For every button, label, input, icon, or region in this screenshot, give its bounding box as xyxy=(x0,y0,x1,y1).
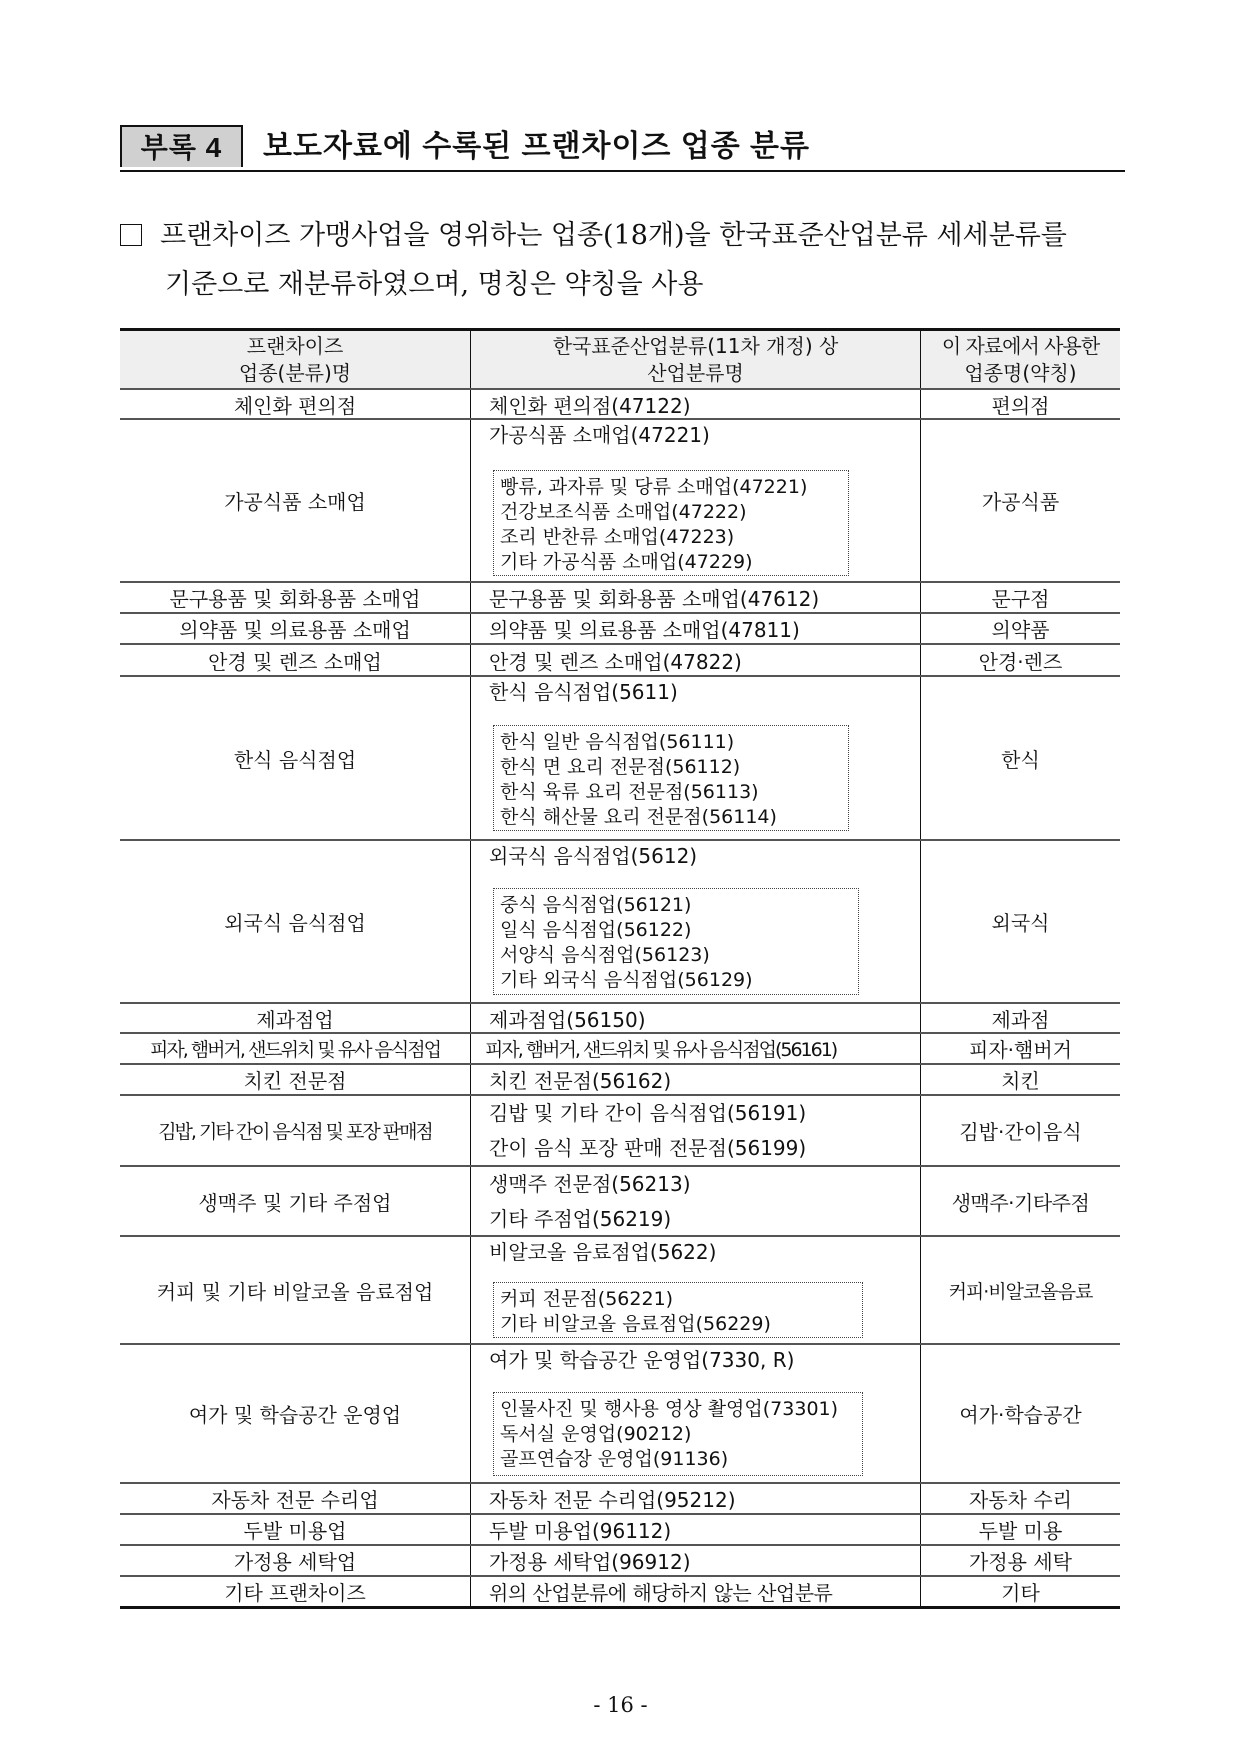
table-row: 치킨 전문점 치킨 전문점(56162) 치킨 xyxy=(120,1065,1120,1096)
table-row: 체인화 편의점 체인화 편의점(47122) 편의점 xyxy=(120,390,1120,420)
category-cell: 자동차 전문 수리업 xyxy=(120,1484,470,1513)
header-text: 이 자료에서 사용한 xyxy=(942,333,1099,360)
ksic-subcategory-box: 빵류, 과자류 및 당류 소매업(47221) 건강보조식품 소매업(47222… xyxy=(493,470,849,576)
abbr-text: 커피·비알코올음료 xyxy=(949,1277,1093,1304)
abbr-text: 생맥주·기타주점 xyxy=(952,1187,1090,1216)
header-col-ksic: 한국표준산업분류(11차 개정) 상산업분류명 xyxy=(470,331,920,388)
abbr-cell: 커피·비알코올음료 xyxy=(920,1237,1120,1343)
ksic-cell: 한식 음식점업(5611) 한식 일반 음식점업(56111) 한식 면 요리 … xyxy=(470,677,920,839)
page-number: - 16 - xyxy=(0,1693,1241,1717)
ksic-subcategory-box: 중식 음식점업(56121) 일식 음식점업(56122) 서양식 음식점업(5… xyxy=(493,888,859,995)
ksic-main: 비알코올 음료점업(5622) xyxy=(489,1237,920,1267)
ksic-sub-item: 조리 반찬류 소매업(47223) xyxy=(500,525,848,550)
ksic-cell: 위의 산업분류에 해당하지 않는 산업분류 xyxy=(470,1577,920,1606)
category-text: 김밥, 기타 간이 음식점 및 포장 판매점 xyxy=(158,1117,432,1144)
header-text: 산업분류명 xyxy=(553,360,839,387)
ksic-main: 외국식 음식점업(5612) xyxy=(489,841,920,871)
table-row: 두발 미용업 두발 미용업(96112) 두발 미용 xyxy=(120,1515,1120,1546)
header-text: 업종명(약칭) xyxy=(942,360,1099,387)
section-title: 부록 4 보도자료에 수록된 프랜차이즈 업종 분류 xyxy=(120,125,1125,172)
category-cell: 두발 미용업 xyxy=(120,1515,470,1544)
ksic-cell: 의약품 및 의료용품 소매업(47811) xyxy=(470,614,920,643)
ksic-subcategory-box: 인물사진 및 행사용 영상 촬영업(73301) 독서실 운영업(90212) … xyxy=(493,1392,863,1476)
ksic-main: 여가 및 학습공간 운영업(7330, R) xyxy=(489,1345,920,1375)
category-text: 피자, 햄버거, 샌드위치 및 유사 음식점업 xyxy=(150,1035,440,1062)
ksic-cell: 안경 및 렌즈 소매업(47822) xyxy=(470,645,920,675)
abbr-cell: 김밥·간이음식 xyxy=(920,1096,1120,1165)
table-row: 피자, 햄버거, 샌드위치 및 유사 음식점업 피자, 햄버거, 샌드위치 및 … xyxy=(120,1034,1120,1065)
ksic-line: 김밥 및 기타 간이 음식점업(56191) xyxy=(489,1096,920,1131)
abbr-cell: 외국식 xyxy=(920,841,1120,1002)
table-row: 외국식 음식점업 외국식 음식점업(5612) 중식 음식점업(56121) 일… xyxy=(120,841,1120,1004)
abbr-cell: 여가·학습공간 xyxy=(920,1345,1120,1482)
abbr-cell: 문구점 xyxy=(920,583,1120,612)
ksic-sub-item: 한식 면 요리 전문점(56112) xyxy=(500,755,848,780)
header-col-category: 프랜차이즈업종(분류)명 xyxy=(120,331,470,388)
category-cell: 의약품 및 의료용품 소매업 xyxy=(120,614,470,643)
ksic-cell: 가정용 세탁업(96912) xyxy=(470,1546,920,1575)
table-row: 안경 및 렌즈 소매업 안경 및 렌즈 소매업(47822) 안경·렌즈 xyxy=(120,645,1120,677)
abbr-cell: 피자·햄버거 xyxy=(920,1034,1120,1063)
table-row: 자동차 전문 수리업 자동차 전문 수리업(95212) 자동차 수리 xyxy=(120,1484,1120,1515)
ksic-cell: 체인화 편의점(47122) xyxy=(470,390,920,418)
ksic-sub-item: 서양식 음식점업(56123) xyxy=(500,943,858,968)
ksic-sub-item: 기타 가공식품 소매업(47229) xyxy=(500,550,848,575)
ksic-sub-item: 일식 음식점업(56122) xyxy=(500,918,858,943)
ksic-subcategory-box: 한식 일반 음식점업(56111) 한식 면 요리 전문점(56112) 한식 … xyxy=(493,725,849,831)
ksic-sub-item: 건강보조식품 소매업(47222) xyxy=(500,500,848,525)
ksic-text: 위의 산업분류에 해당하지 않는 산업분류 xyxy=(489,1577,832,1606)
ksic-sub-item: 한식 해산물 요리 전문점(56114) xyxy=(500,805,848,830)
category-cell: 안경 및 렌즈 소매업 xyxy=(120,645,470,675)
ksic-cell: 문구용품 및 회화용품 소매업(47612) xyxy=(470,583,920,612)
table-row: 기타 프랜차이즈 위의 산업분류에 해당하지 않는 산업분류 기타 xyxy=(120,1577,1120,1609)
table-row: 가정용 세탁업 가정용 세탁업(96912) 가정용 세탁 xyxy=(120,1546,1120,1577)
ksic-subcategory-box: 커피 전문점(56221) 기타 비알코올 음료점업(56229) xyxy=(493,1282,863,1338)
appendix-badge: 부록 4 xyxy=(120,125,243,167)
intro-paragraph-line-1: 프랜차이즈 가맹사업을 영위하는 업종(18개)을 한국표준산업분류 세세분류를 xyxy=(120,213,1067,252)
ksic-cell: 비알코올 음료점업(5622) 커피 전문점(56221) 기타 비알코올 음료… xyxy=(470,1237,920,1343)
category-cell: 생맥주 및 기타 주점업 xyxy=(120,1167,470,1235)
category-cell: 여가 및 학습공간 운영업 xyxy=(120,1345,470,1482)
ksic-cell: 제과점업(56150) xyxy=(470,1004,920,1032)
abbr-cell: 제과점 xyxy=(920,1004,1120,1032)
category-cell: 외국식 음식점업 xyxy=(120,841,470,1002)
ksic-cell: 자동차 전문 수리업(95212) xyxy=(470,1484,920,1513)
ksic-cell: 피자, 햄버거, 샌드위치 및 유사 음식점업(56161) xyxy=(470,1034,920,1063)
ksic-sub-item: 기타 비알코올 음료점업(56229) xyxy=(500,1312,862,1337)
ksic-cell: 두발 미용업(96112) xyxy=(470,1515,920,1544)
header-text: 업종(분류)명 xyxy=(239,360,351,387)
category-cell: 한식 음식점업 xyxy=(120,677,470,839)
ksic-cell: 외국식 음식점업(5612) 중식 음식점업(56121) 일식 음식점업(56… xyxy=(470,841,920,1002)
ksic-cell: 생맥주 전문점(56213) 기타 주점업(56219) xyxy=(470,1167,920,1235)
table-header-row: 프랜차이즈업종(분류)명 한국표준산업분류(11차 개정) 상산업분류명 이 자… xyxy=(120,328,1120,390)
ksic-line: 기타 주점업(56219) xyxy=(489,1202,920,1237)
abbr-cell: 기타 xyxy=(920,1577,1120,1606)
table-row: 제과점업 제과점업(56150) 제과점 xyxy=(120,1004,1120,1034)
abbr-cell: 자동차 수리 xyxy=(920,1484,1120,1513)
table-row: 의약품 및 의료용품 소매업 의약품 및 의료용품 소매업(47811) 의약품 xyxy=(120,614,1120,645)
table-row: 여가 및 학습공간 운영업 여가 및 학습공간 운영업(7330, R) 인물사… xyxy=(120,1345,1120,1484)
ksic-sub-item: 기타 외국식 음식점업(56129) xyxy=(500,968,858,993)
ksic-sub-item: 빵류, 과자류 및 당류 소매업(47221) xyxy=(500,475,848,500)
table-row: 커피 및 기타 비알코올 음료점업 비알코올 음료점업(5622) 커피 전문점… xyxy=(120,1237,1120,1345)
section-title-text: 보도자료에 수록된 프랜차이즈 업종 분류 xyxy=(263,125,810,167)
ksic-line: 간이 음식 포장 판매 전문점(56199) xyxy=(489,1131,920,1166)
ksic-sub-item: 독서실 운영업(90212) xyxy=(500,1422,862,1447)
intro-text-1: 프랜차이즈 가맹사업을 영위하는 업종(18개)을 한국표준산업분류 세세분류를 xyxy=(160,220,1067,251)
abbr-cell: 안경·렌즈 xyxy=(920,645,1120,675)
ksic-sub-item: 중식 음식점업(56121) xyxy=(500,893,858,918)
category-cell: 문구용품 및 회화용품 소매업 xyxy=(120,583,470,612)
abbr-cell: 가공식품 xyxy=(920,420,1120,581)
category-cell: 제과점업 xyxy=(120,1004,470,1032)
ksic-cell: 여가 및 학습공간 운영업(7330, R) 인물사진 및 행사용 영상 촬영업… xyxy=(470,1345,920,1482)
abbr-cell: 의약품 xyxy=(920,614,1120,643)
ksic-cell: 가공식품 소매업(47221) 빵류, 과자류 및 당류 소매업(47221) … xyxy=(470,420,920,581)
abbr-cell: 가정용 세탁 xyxy=(920,1546,1120,1575)
abbr-cell: 편의점 xyxy=(920,390,1120,418)
category-cell: 가공식품 소매업 xyxy=(120,420,470,581)
category-cell: 가정용 세탁업 xyxy=(120,1546,470,1575)
abbr-cell: 치킨 xyxy=(920,1065,1120,1094)
category-cell: 커피 및 기타 비알코올 음료점업 xyxy=(120,1237,470,1343)
ksic-sub-item: 골프연습장 운영업(91136) xyxy=(500,1447,862,1472)
ksic-main: 한식 음식점업(5611) xyxy=(489,677,920,707)
header-text: 프랜차이즈 xyxy=(239,333,351,360)
category-cell: 치킨 전문점 xyxy=(120,1065,470,1094)
table-row: 가공식품 소매업 가공식품 소매업(47221) 빵류, 과자류 및 당류 소매… xyxy=(120,420,1120,583)
table-row: 김밥, 기타 간이 음식점 및 포장 판매점 김밥 및 기타 간이 음식점업(5… xyxy=(120,1096,1120,1167)
ksic-sub-item: 커피 전문점(56221) xyxy=(500,1287,862,1312)
category-cell: 체인화 편의점 xyxy=(120,390,470,418)
abbr-cell: 두발 미용 xyxy=(920,1515,1120,1544)
square-bullet-icon xyxy=(120,224,142,246)
ksic-cell: 김밥 및 기타 간이 음식점업(56191) 간이 음식 포장 판매 전문점(5… xyxy=(470,1096,920,1165)
ksic-sub-item: 한식 일반 음식점업(56111) xyxy=(500,730,848,755)
ksic-sub-item: 인물사진 및 행사용 영상 촬영업(73301) xyxy=(500,1397,862,1422)
ksic-text: 피자, 햄버거, 샌드위치 및 유사 음식점업(56161) xyxy=(485,1035,836,1062)
table-row: 문구용품 및 회화용품 소매업 문구용품 및 회화용품 소매업(47612) 문… xyxy=(120,583,1120,614)
ksic-line: 생맥주 전문점(56213) xyxy=(489,1167,920,1202)
ksic-sub-item: 한식 육류 요리 전문점(56113) xyxy=(500,780,848,805)
category-cell: 기타 프랜차이즈 xyxy=(120,1577,470,1606)
category-cell: 김밥, 기타 간이 음식점 및 포장 판매점 xyxy=(120,1096,470,1165)
ksic-cell: 치킨 전문점(56162) xyxy=(470,1065,920,1094)
header-text: 한국표준산업분류(11차 개정) 상 xyxy=(553,333,839,360)
table-row: 생맥주 및 기타 주점업 생맥주 전문점(56213) 기타 주점업(56219… xyxy=(120,1167,1120,1237)
intro-paragraph-line-2: 기준으로 재분류하였으며, 명칭은 약칭을 사용 xyxy=(165,262,703,301)
abbr-cell: 생맥주·기타주점 xyxy=(920,1167,1120,1235)
ksic-main: 가공식품 소매업(47221) xyxy=(489,420,920,450)
header-col-abbr: 이 자료에서 사용한업종명(약칭) xyxy=(920,331,1120,388)
table-row: 한식 음식점업 한식 음식점업(5611) 한식 일반 음식점업(56111) … xyxy=(120,677,1120,841)
abbr-cell: 한식 xyxy=(920,677,1120,839)
category-cell: 피자, 햄버거, 샌드위치 및 유사 음식점업 xyxy=(120,1034,470,1063)
